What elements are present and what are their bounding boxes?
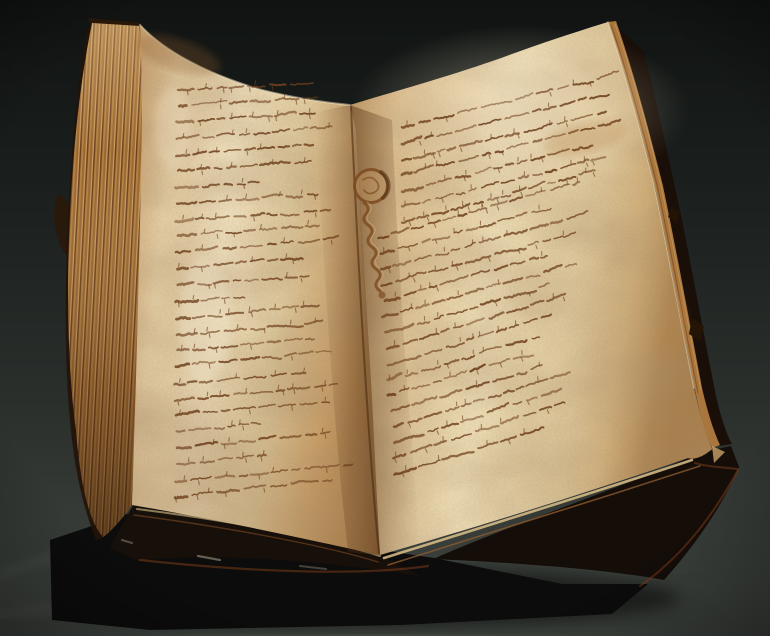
vignette xyxy=(0,0,770,636)
manuscript-photo: Photograph of an antique handwritten man… xyxy=(0,0,770,636)
photo-canvas xyxy=(0,0,770,636)
